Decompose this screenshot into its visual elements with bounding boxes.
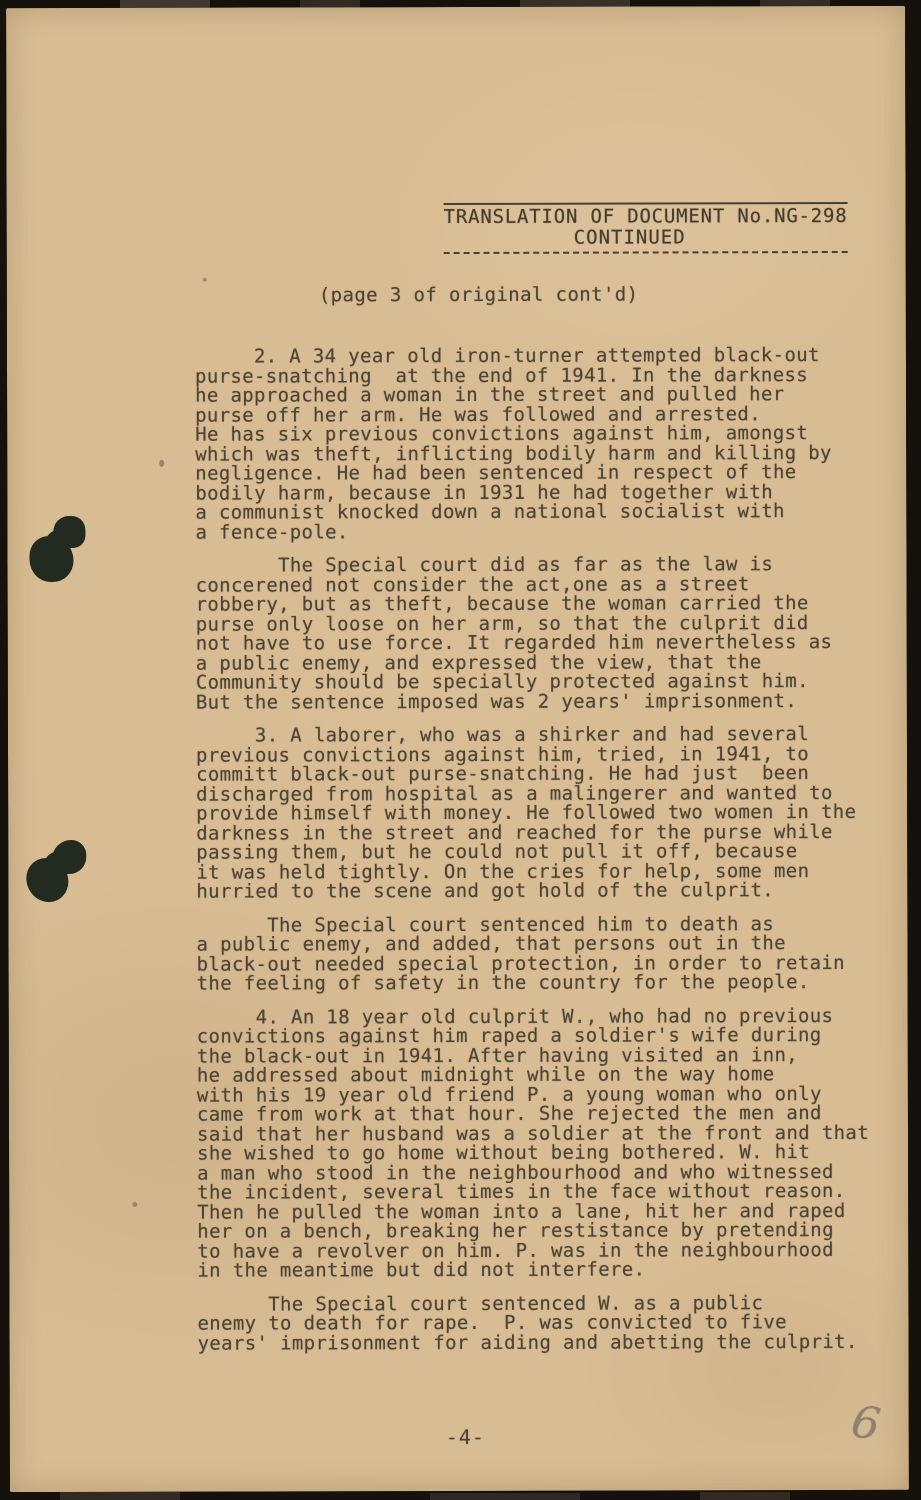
paper-speck bbox=[132, 1202, 137, 1207]
page-note: (page 3 of original cont'd) bbox=[319, 284, 639, 307]
punch-hole-bottom bbox=[26, 840, 90, 906]
paragraph-case-3-verdict: The Special court sentenced him to death… bbox=[196, 914, 896, 994]
document-page: TRANSLATION OF DOCUMENT No.NG-298 CONTIN… bbox=[6, 6, 909, 1492]
punch-hole-lobe bbox=[29, 536, 73, 582]
document-header: TRANSLATION OF DOCUMENT No.NG-298 CONTIN… bbox=[444, 202, 848, 254]
punch-hole-top bbox=[29, 516, 91, 588]
scanner-background-blob bbox=[700, 1492, 790, 1500]
paragraph-case-4: 4. An 18 year old culprit W., who had no… bbox=[197, 1006, 898, 1281]
document-subtitle: CONTINUED bbox=[428, 227, 832, 249]
paper-speck bbox=[159, 460, 164, 467]
document-title: TRANSLATION OF DOCUMENT No.NG-298 bbox=[444, 206, 848, 228]
scanner-background-blob bbox=[430, 1493, 580, 1500]
page-number: -4- bbox=[446, 1425, 485, 1449]
punch-hole-lobe bbox=[26, 858, 68, 902]
paragraph-case-2-verdict: The Special court did as far as the law … bbox=[195, 555, 895, 713]
paragraph-case-3: 3. A laborer, who was a shirker and had … bbox=[196, 725, 896, 902]
paragraph-case-4-verdict: The Special court sentenced W. as a publ… bbox=[197, 1293, 897, 1353]
scanner-background-blob bbox=[60, 1492, 180, 1500]
paragraph-case-2: 2. A 34 year old iron-turner attempted b… bbox=[195, 346, 896, 543]
document-body: 2. A 34 year old iron-turner attempted b… bbox=[195, 346, 898, 1368]
paper-speck bbox=[203, 278, 207, 282]
handwritten-pencil-number: 6 bbox=[848, 1396, 884, 1451]
